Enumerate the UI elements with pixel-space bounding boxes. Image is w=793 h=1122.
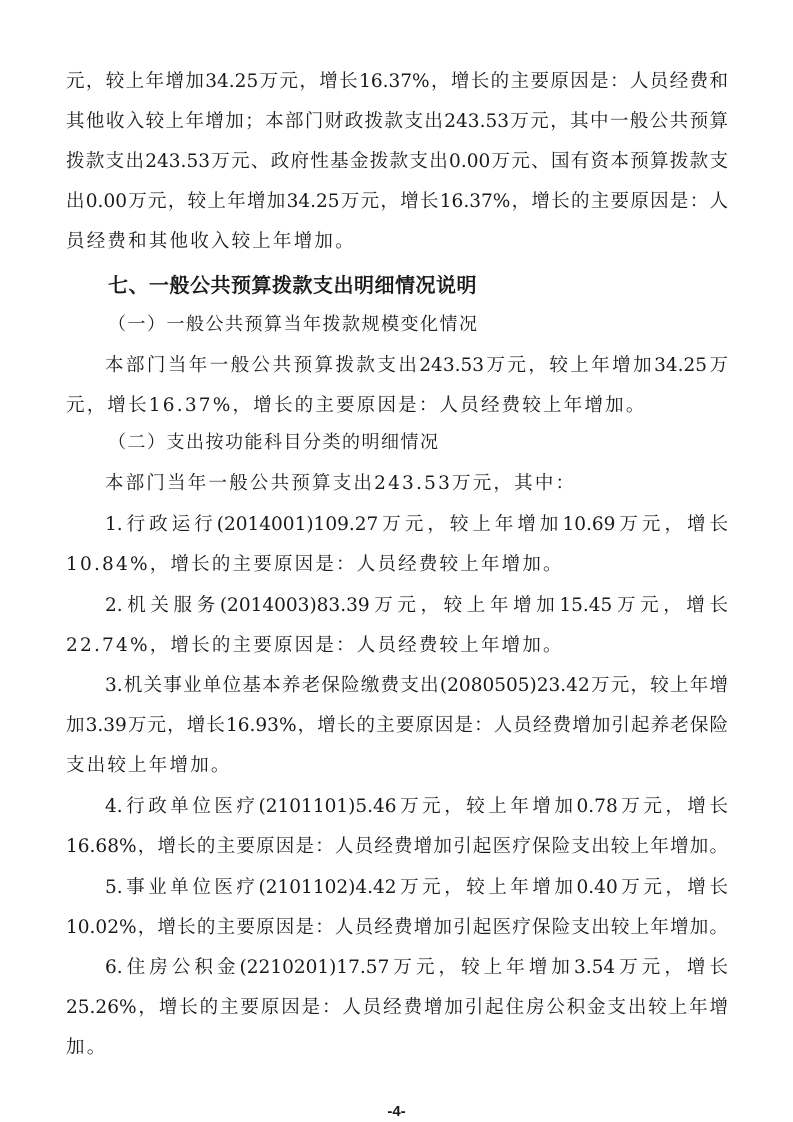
paragraph-line: 拨款支出243.53万元、政府性基金拨款支出0.00万元、国有资本预算拨款支	[66, 150, 728, 174]
paragraph-line: 3.机关事业单位基本养老保险缴费支出(2080505)23.42万元，较上年增	[105, 674, 728, 698]
paragraph-line: 元，较上年增加34.25万元，增长16.37%，增长的主要原因是：人员经费和	[66, 70, 728, 94]
paragraph-line: 出0.00万元，较上年增加34.25万元，增长16.37%，增长的主要原因是：人	[66, 190, 728, 214]
paragraph-line: 4.行政单位医疗(2101101)5.46万元，较上年增加0.78万元，增长	[105, 795, 728, 819]
paragraph-line: 10.02%，增长的主要原因是：人员经费增加引起医疗保险支出较上年增加。	[66, 916, 728, 940]
paragraph-line: 6.住房公积金(2210201)17.57万元，较上年增加3.54万元，增长	[105, 956, 728, 980]
paragraph-line: 本部门当年一般公共预算拨款支出243.53万元，较上年增加34.25万	[105, 354, 728, 378]
subsection-heading: （一）一般公共预算当年拨款规模变化情况	[108, 313, 479, 337]
section-heading: 七、一般公共预算拨款支出明细情况说明	[108, 272, 477, 298]
paragraph-line: 员经费和其他收入较上年增加。	[66, 230, 728, 254]
paragraph-line: 加3.39万元，增长16.93%，增长的主要原因是：人员经费增加引起养老保险	[66, 714, 728, 738]
paragraph-line: 25.26%，增长的主要原因是：人员经费增加引起住房公积金支出较上年增	[66, 996, 728, 1020]
paragraph-line: 元，增长16.37%，增长的主要原因是：人员经费较上年增加。	[66, 394, 728, 418]
paragraph-line: 22.74%，增长的主要原因是：人员经费较上年增加。	[66, 634, 728, 658]
paragraph-line: 2.机关服务(2014003)83.39万元，较上年增加15.45万元，增长	[105, 594, 728, 618]
paragraph-line: 本部门当年一般公共预算支出243.53万元，其中：	[105, 472, 728, 496]
paragraph-line: 支出较上年增加。	[66, 754, 728, 778]
paragraph-line: 10.84%，增长的主要原因是：人员经费较上年增加。	[66, 553, 728, 577]
subsection-heading: （二）支出按功能科目分类的明细情况	[108, 431, 440, 455]
paragraph-line: 其他收入较上年增加；本部门财政拨款支出243.53万元，其中一般公共预算	[66, 110, 728, 134]
paragraph-line: 16.68%，增长的主要原因是：人员经费增加引起医疗保险支出较上年增加。	[66, 835, 728, 859]
page-number: -4-	[0, 1103, 793, 1120]
paragraph-line: 加。	[66, 1036, 728, 1060]
paragraph-line: 1.行政运行(2014001)109.27万元，较上年增加10.69万元，增长	[105, 513, 728, 537]
paragraph-line: 5.事业单位医疗(2101102)4.42万元，较上年增加0.40万元，增长	[105, 876, 728, 900]
